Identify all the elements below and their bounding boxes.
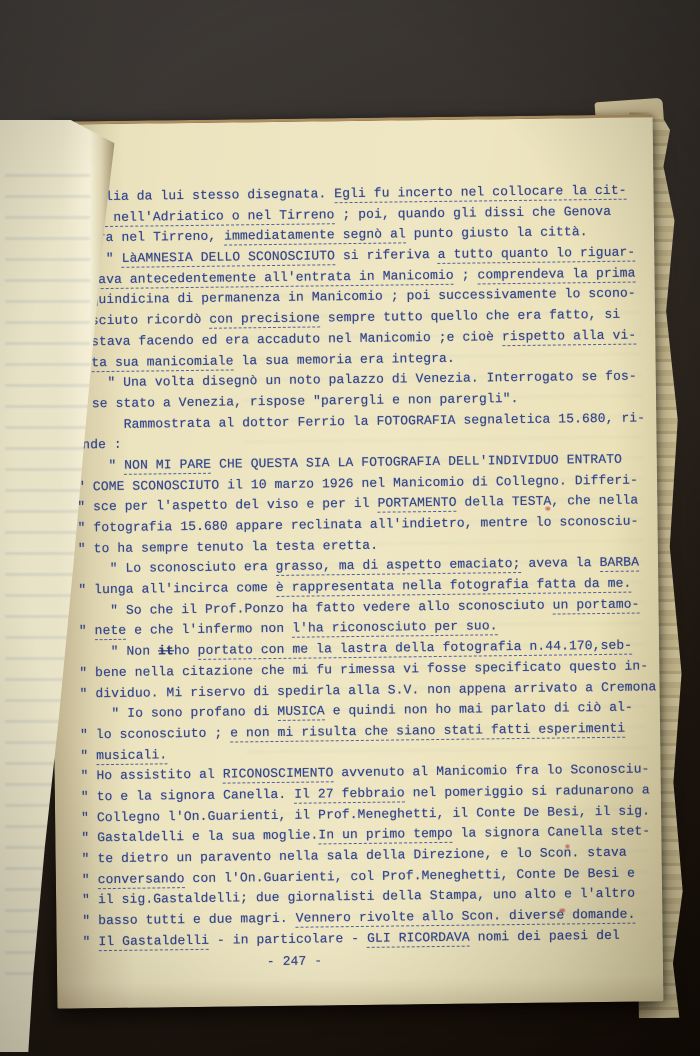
text-segment: " lunga all'incirca come xyxy=(78,580,276,597)
text-segment: con l'On.Guarienti, col Prof.Meneghetti,… xyxy=(185,865,636,886)
text-segment: " Non xyxy=(79,644,158,660)
text-segment: " xyxy=(83,934,99,949)
text-segment: sempre tutto quello che era fatto, si xyxy=(320,307,620,326)
text-segment: " sce per l'aspetto del viso e per il xyxy=(77,496,377,515)
underlined-phrase: Il 27 febbraio xyxy=(294,785,405,803)
underlined-phrase: un portamo- xyxy=(553,596,640,614)
underlined-phrase: Egli fu incerto nel collocare la cit- xyxy=(334,183,627,204)
text-segment: " se stato a Venezia, rispose "parergli … xyxy=(76,391,519,411)
underlined-phrase: immediatamente segnò al xyxy=(224,227,406,246)
text-segment: la sua memoria era integra. xyxy=(233,350,454,368)
underlined-phrase: l'ha riconosciuto per suo. xyxy=(292,619,498,639)
text-segment: " Collegno l'On.Guarienti, il Prof.Meneg… xyxy=(81,803,650,825)
text-segment: - in particolare - xyxy=(209,931,367,948)
underlined-phrase: grasso, ma di aspetto emaciato; xyxy=(276,556,521,576)
text-segment: ho xyxy=(174,643,198,658)
text-segment: " xyxy=(79,624,95,639)
text-segment: " to e la signora Canella. xyxy=(81,787,295,805)
underlined-phrase: comprendeva la prima xyxy=(477,265,635,284)
text-segment: " basso tutti e due magri. xyxy=(82,911,296,929)
underlined-phrase: PORTAMENTO xyxy=(377,495,456,513)
text-segment: " COME SCONOSCIUTO il 10 marzo 1926 nel … xyxy=(77,472,638,494)
text-segment: " stava facendo ed era accaduto nel Mani… xyxy=(75,329,502,349)
typewritten-text: " talia da lui stesso disegnata. Egli fu… xyxy=(73,180,659,952)
underlined-phrase: dava antecedentemente all'entrata in Man… xyxy=(90,268,454,289)
page-number: - 247 - xyxy=(267,953,322,969)
text-segment: " quindicina di permanenza in Manicomio … xyxy=(75,286,636,308)
ink-speck xyxy=(559,908,565,912)
text-segment: si riferiva xyxy=(335,247,438,263)
ink-speck xyxy=(565,844,569,848)
text-segment: " xyxy=(82,872,98,887)
underlined-phrase: BARBA xyxy=(599,555,639,572)
underlined-phrase: ta sua manicomiale xyxy=(91,353,233,372)
text-segment: " fotografia 15.680 appare reclinata all… xyxy=(77,514,638,536)
text-segment: " Una volta disegnò un noto palazzo di V… xyxy=(76,369,637,391)
underlined-phrase: NON MI PARE xyxy=(124,457,211,475)
underlined-phrase: LàAMNESIA DELLO SCONOSCIUTO xyxy=(122,248,336,268)
text-segment: avvenuto al Manicomio fra lo Sconosciu- xyxy=(333,762,649,781)
ink-speck xyxy=(545,507,550,511)
text-segment: " Io sono profano di xyxy=(80,704,278,721)
underlined-phrase: a tutto quanto lo riguar- xyxy=(438,245,636,264)
text-segment: ; poi, quando gli dissi che Genova xyxy=(334,204,611,222)
text-segment: " talia da lui stesso disegnata. xyxy=(73,186,334,204)
underlined-phrase: rispetto alla vi- xyxy=(502,327,637,346)
document-page: " talia da lui stesso disegnata. Egli fu… xyxy=(47,114,664,1008)
struck-text: it xyxy=(158,643,174,658)
text-segment: " xyxy=(80,748,96,763)
underlined-phrase: In un primo tempo xyxy=(318,826,453,845)
underlined-phrase: MUSICA xyxy=(277,704,325,722)
text-segment: aveva la xyxy=(520,555,599,571)
text-segment: " te dietro un paravento nella sala dell… xyxy=(82,845,627,867)
book-photo: " talia da lui stesso disegnata. Egli fu… xyxy=(0,0,700,1056)
underlined-phrase: nete xyxy=(95,623,127,640)
text-segment: e quindi non ho mai parlato di ciò al- xyxy=(325,700,633,719)
text-segment: ; xyxy=(454,267,478,282)
underlined-phrase: RICONOSCIMENTO xyxy=(223,766,334,784)
text-segment: " bene nella citazione che mi fu rimessa… xyxy=(79,658,648,680)
underlined-phrase: e non mi risulta che siano stati fatti e… xyxy=(230,721,625,743)
text-segment: " Gastaldelli e la sua moglie. xyxy=(81,828,318,846)
underlined-phrase: Il Gastaldelli xyxy=(98,933,209,951)
text-segment: " Ho assistito al xyxy=(81,767,223,784)
text-segment: " Lo sconosciuto era xyxy=(78,559,276,576)
underlined-phrase: Vennero rivolte allo Scon. diverse doman… xyxy=(296,907,636,928)
underlined-phrase: tà nell'Adriatico o nel Tirreno xyxy=(89,207,334,227)
text-segment: punto giusto la città. xyxy=(406,225,588,242)
text-segment: " il sig.Gastaldelli; due giornalisti de… xyxy=(82,886,635,908)
text-segment: " So che il Prof.Ponzo ha fatto vedere a… xyxy=(78,597,552,618)
underlined-phrase: è rappresentata nella fotografia fatta d… xyxy=(276,576,632,597)
underlined-phrase: GLI RICORDAVA xyxy=(367,929,470,947)
text-segment: CHE QUESTA SIA LA FOTOGRAFIA DELL'INDIVI… xyxy=(211,452,622,472)
text-segment: " to ha sempre tenuto la testa eretta. xyxy=(78,537,378,556)
text-segment: " lo sconosciuto ; xyxy=(80,725,230,742)
text-segment: " xyxy=(77,458,125,474)
underlined-phrase: con precisione xyxy=(209,311,320,329)
text-segment: nomi dei paesi del xyxy=(470,928,620,945)
underlined-phrase: musicali. xyxy=(96,747,167,765)
underlined-phrase: conversando xyxy=(98,871,185,889)
text-segment: nel pomeriggio si radunarono a xyxy=(405,782,650,800)
text-segment: la signora Canella stet- xyxy=(453,824,651,841)
text-segment: e che l'infermo non xyxy=(126,621,292,638)
